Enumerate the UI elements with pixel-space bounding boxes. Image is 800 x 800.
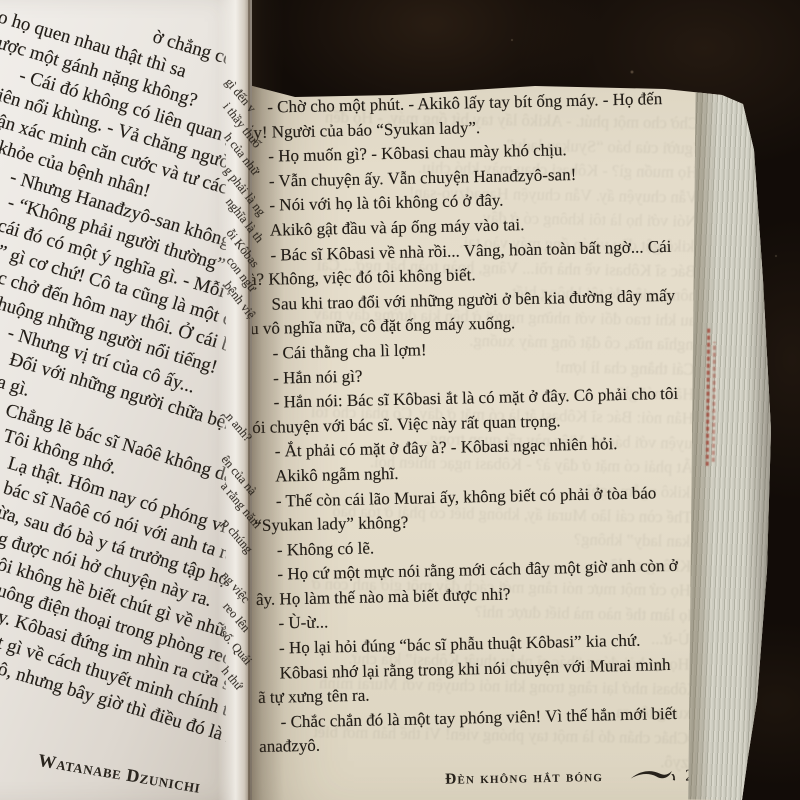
swash-flourish-icon	[629, 767, 675, 789]
fore-edge-stamp	[712, 342, 716, 462]
left-page: ờ chẳng còn ăn thuo họ quen nhau thật th…	[0, 0, 252, 800]
fore-edge-stamp	[706, 328, 710, 466]
right-page: - Chờ cho một phút. - Akikô lấy tay bít …	[245, 0, 772, 800]
photo-open-book: - Chờ cho một phút. - Akikô lấy tay bít …	[0, 0, 800, 800]
left-page-text: ờ chẳng còn ăn thuo họ quen nhau thật th…	[0, 0, 226, 793]
running-title: Đèn không hắt bóng	[445, 768, 603, 789]
fore-edge-pages	[688, 80, 776, 800]
right-page-text: - Chờ cho một phút. - Akikô lấy tay bít …	[251, 86, 745, 760]
